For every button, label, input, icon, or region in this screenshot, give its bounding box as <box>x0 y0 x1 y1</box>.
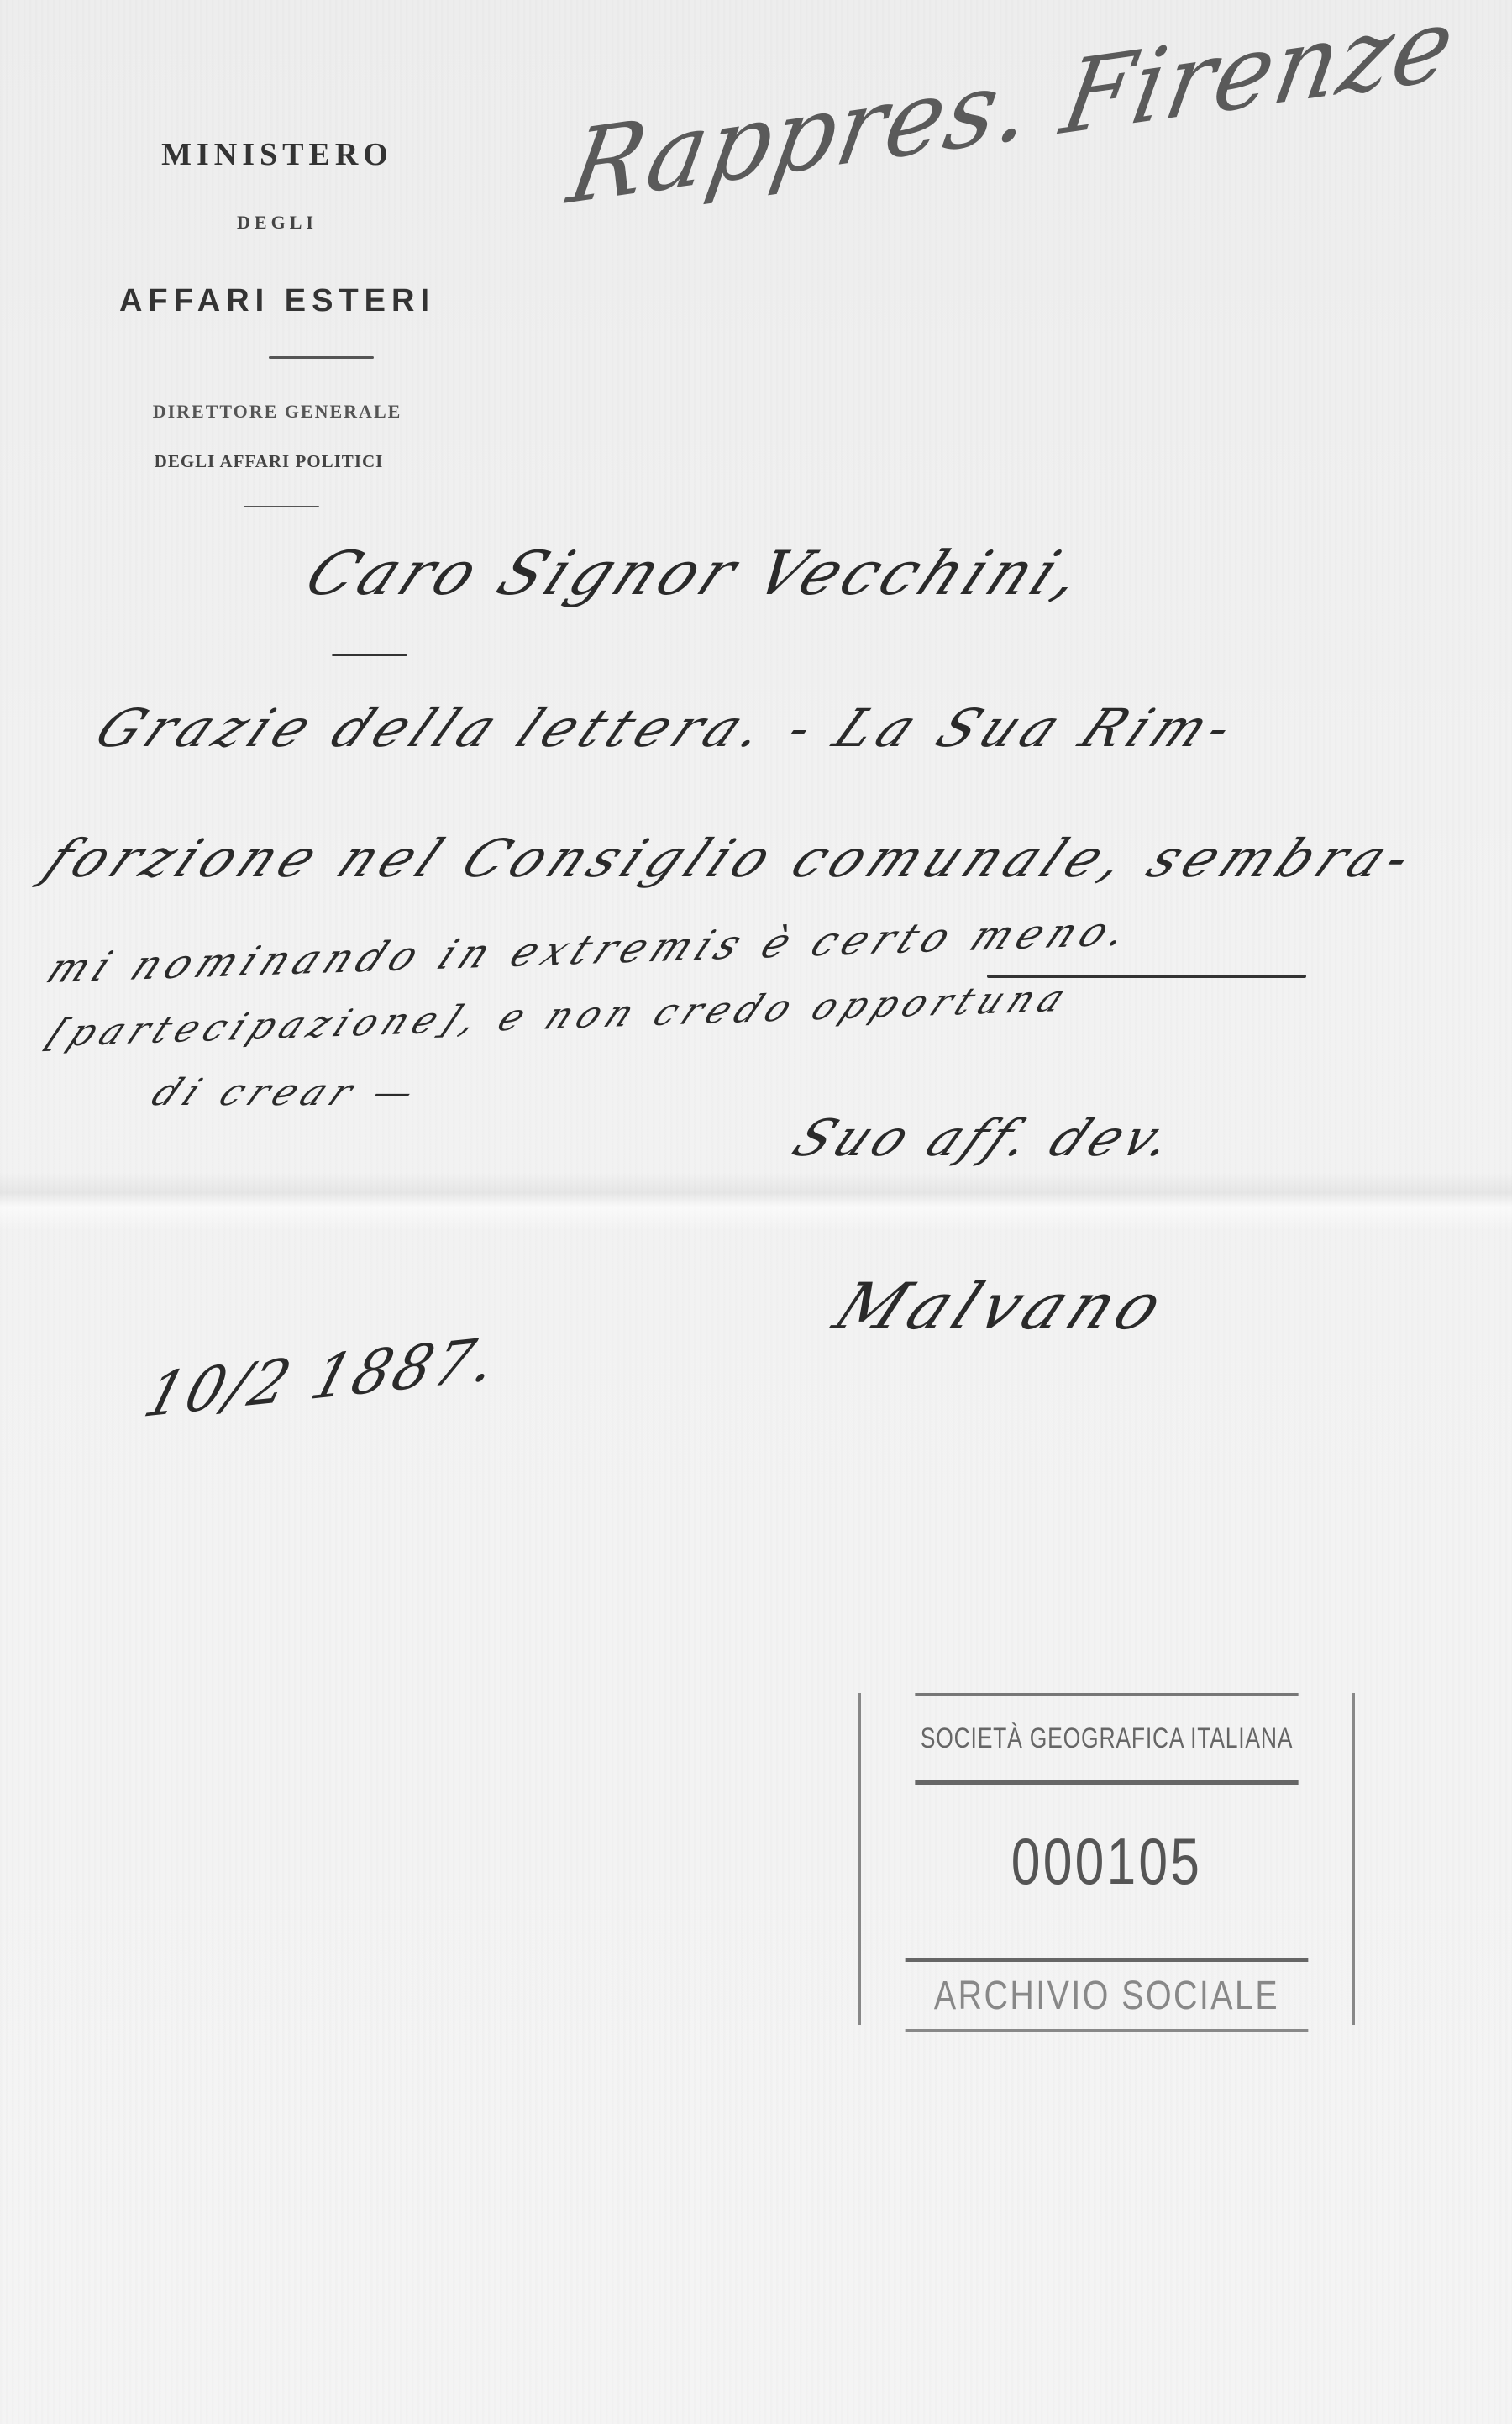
letterhead-divider <box>244 506 319 507</box>
closing: Suo aff. dev. <box>782 1109 1190 1168</box>
stamp-footer: ARCHIVIO SOCIALE <box>906 1958 1309 2032</box>
salutation-flourish <box>332 654 407 656</box>
signature: Malvano <box>822 1269 1182 1343</box>
stamp-number: 000105 <box>911 1823 1304 1900</box>
stamp-header: SOCIETÀ GEOGRAFICA ITALIANA <box>915 1693 1298 1785</box>
body-line: Grazie della lettera. - La Sua Rim- <box>85 697 1252 759</box>
letterhead-affari-esteri: AFFARI ESTERI <box>67 283 487 319</box>
paper-fold-line <box>0 1172 1512 1231</box>
body-line: di crear — <box>144 1071 429 1114</box>
archive-stamp: SOCIETÀ GEOGRAFICA ITALIANA 000105 ARCHI… <box>858 1693 1355 2025</box>
letterhead-degli: DEGLI <box>67 212 487 234</box>
letterhead-ministero: MINISTERO <box>67 136 487 173</box>
letterhead-affari-politici: DEGLI AFFARI POLITICI <box>59 451 479 472</box>
salutation: Caro Signor Vecchini, <box>294 538 1100 608</box>
body-line: forzione nel Consiglio comunale, sembra- <box>34 828 1431 889</box>
letterhead-direttore-generale: DIRETTORE GENERALE <box>67 401 487 423</box>
letterhead-divider <box>269 356 374 359</box>
